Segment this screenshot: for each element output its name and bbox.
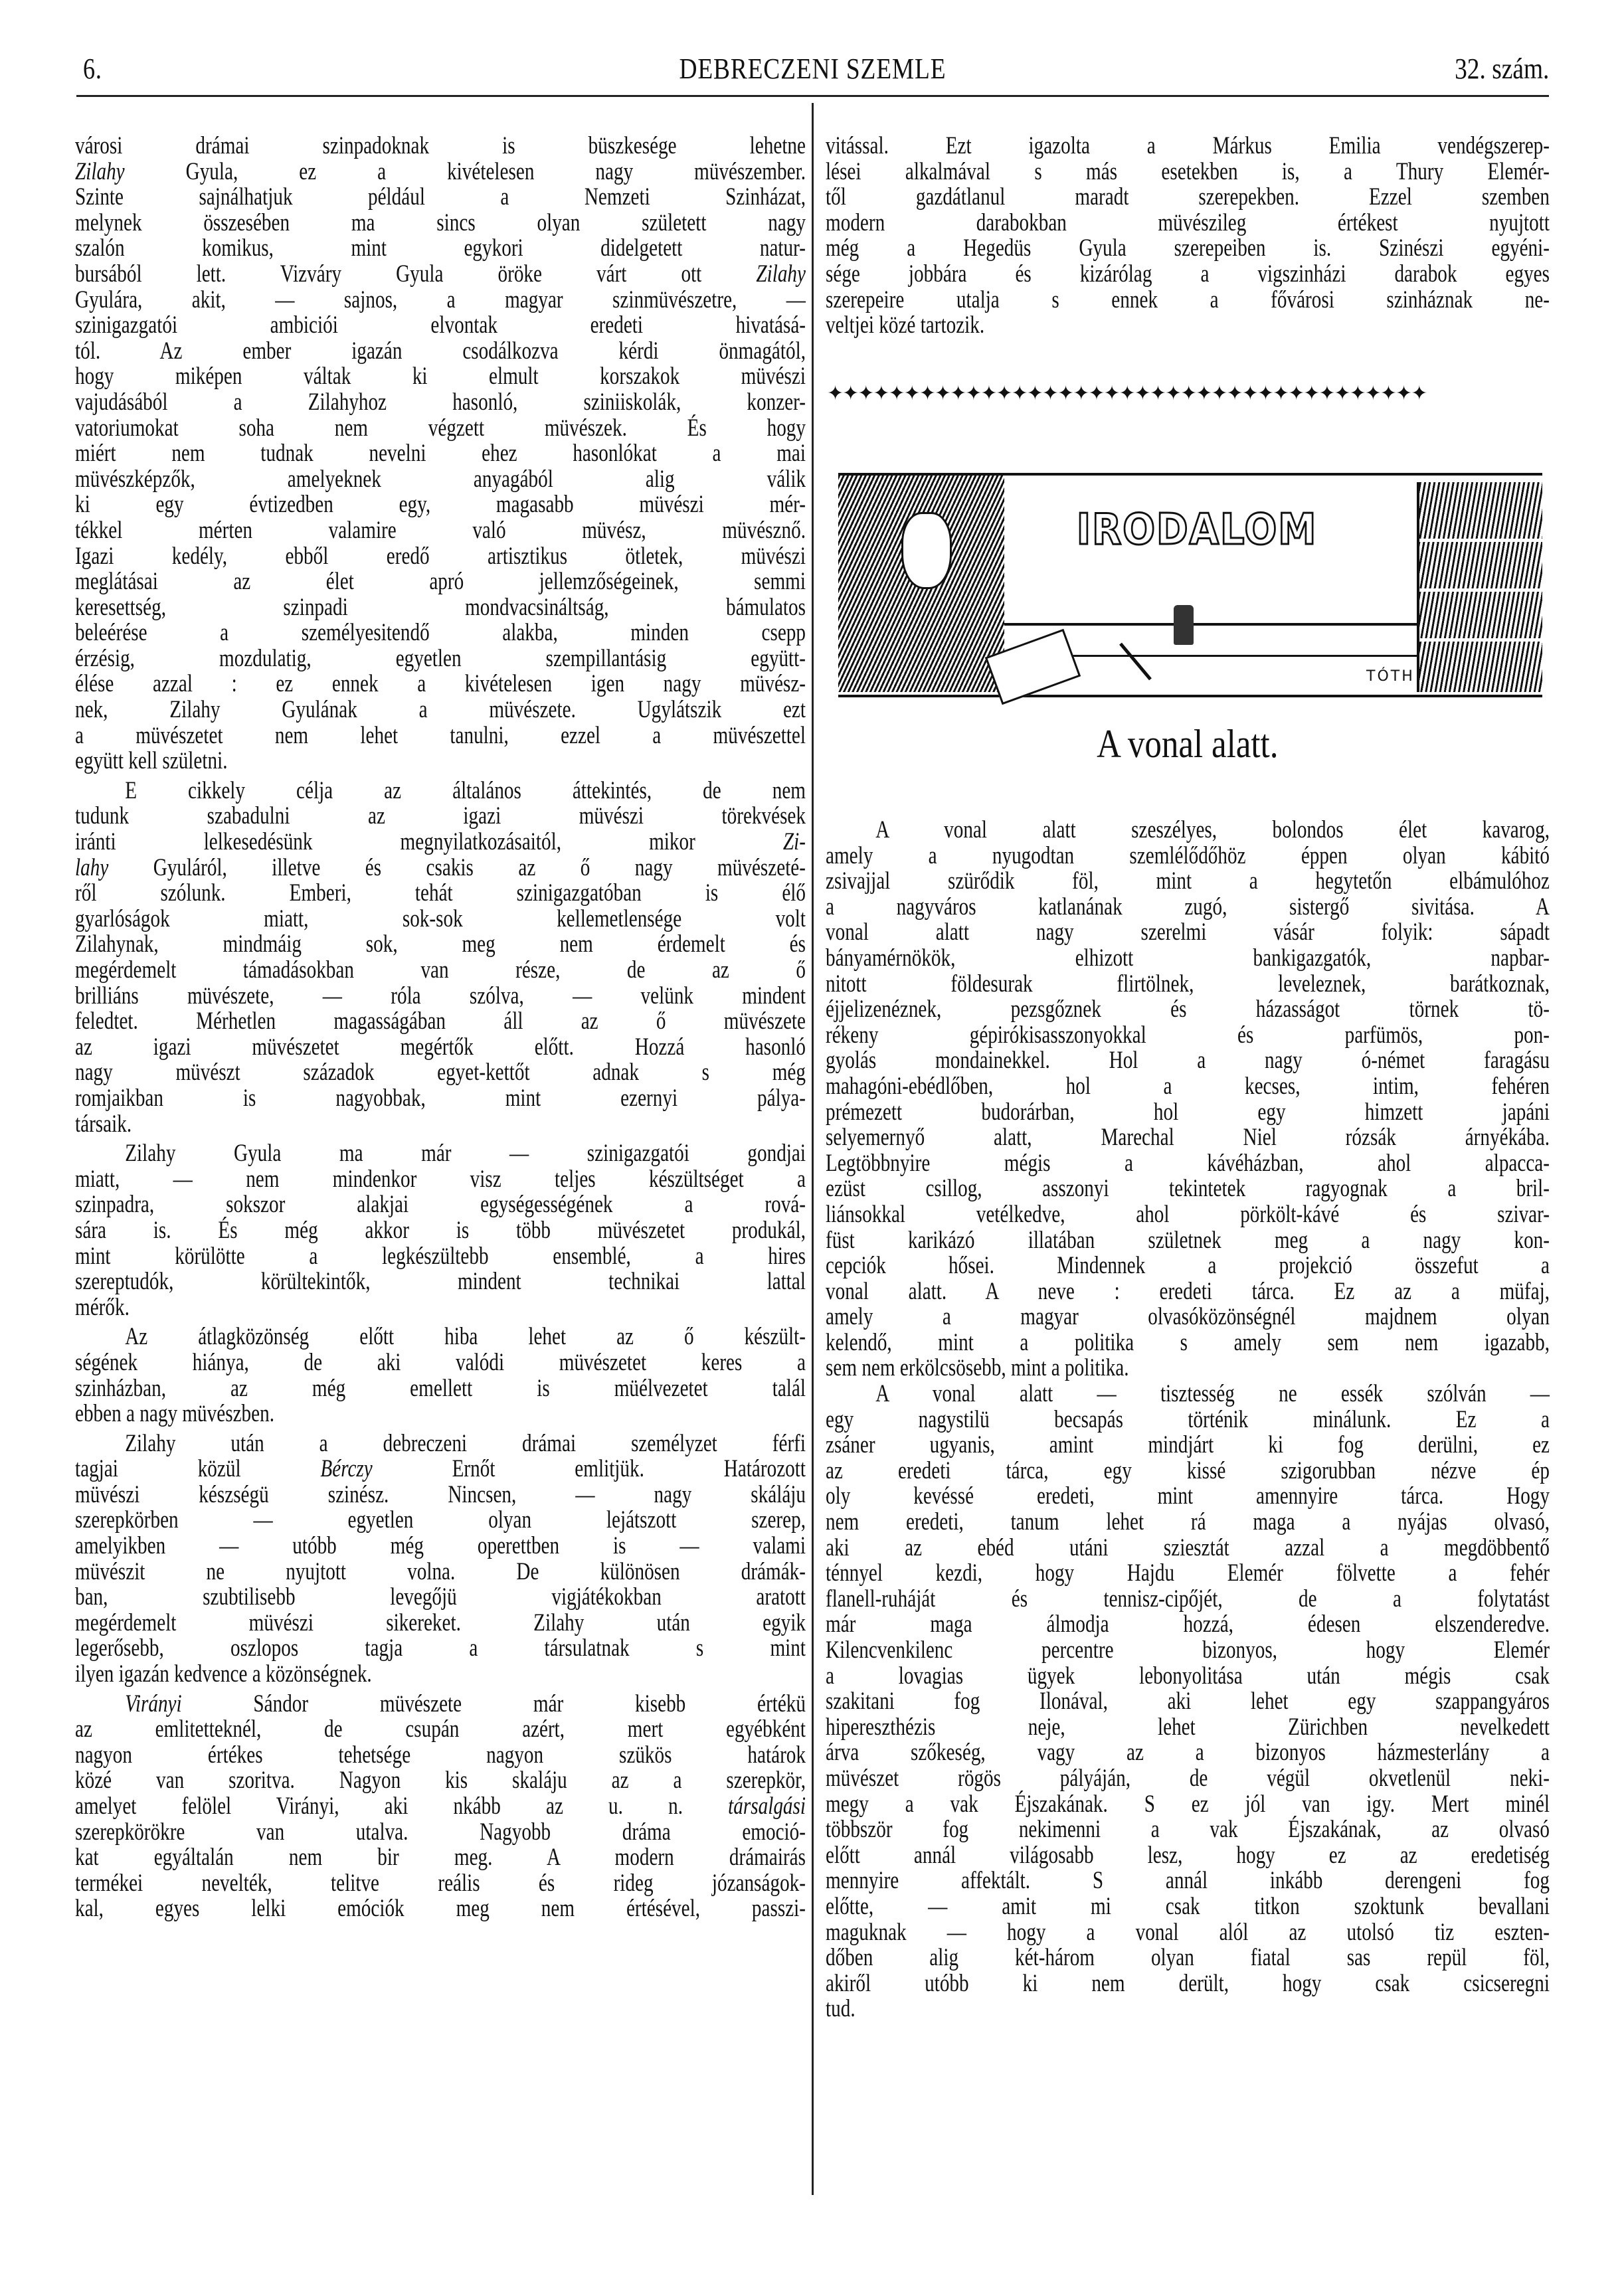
text-line: élése azzal : ez ennek a kivételesen ige… (75, 671, 806, 697)
text-line: Igazi kedély, ebből eredő artisztikus öt… (75, 543, 806, 569)
text-line: müvészképzők, amelyeknek anyagából alig … (75, 466, 806, 492)
text-line: ki egy évtizedben egy, magasabb müvészi … (75, 491, 806, 517)
article-title-text: A vonal alatt. (1097, 721, 1278, 767)
text-line: liánsokkal vetélkedve, ahol pörkölt-kávé… (826, 1201, 1550, 1227)
text-line: müvészi készségü szinész. Nincsen, — nag… (75, 1482, 806, 1508)
text-line: lahy Gyuláról, illetve és csakis az ő na… (75, 855, 806, 881)
text-line: szerepkörben — egyetlen olyan lejátszott… (75, 1507, 806, 1533)
shelf (1419, 588, 1542, 592)
text-line: nitott földesurak flirtölnek, leveleznek… (826, 971, 1550, 997)
text-line: már maga álmodja hozzá, édesen elszender… (826, 1611, 1550, 1637)
text-line: megy a vak Éjszakának. S ez jól van igy.… (826, 1791, 1550, 1817)
text-line: Zilahy Gyula ma már — szinigazgatói gond… (75, 1140, 806, 1166)
text-line: szalón komikus, mint egykori didelgetett… (75, 235, 806, 261)
text-line: beleérése a személyesitendő alakba, mind… (75, 620, 806, 646)
text-line: társaik. (75, 1111, 806, 1137)
desk-edge (1004, 623, 1436, 626)
text-line: mennyire affektált. S annál inkább deren… (826, 1868, 1550, 1893)
text-line: müvészit ne nyujtott volna. De különösen… (75, 1559, 806, 1585)
text-line: nem eredeti, tanum lehet rá maga a nyája… (826, 1509, 1550, 1535)
text-line: müvészet rögös pályáján, de végül okvetl… (826, 1765, 1550, 1791)
text-line: tagjai közül Bérczy Ernőt emlitjük. Hatá… (75, 1456, 806, 1482)
writer-face (901, 512, 952, 589)
text-line: Zilahynak, mindmáig sok, meg nem érdemel… (75, 931, 806, 957)
left-column: városi drámai szinpadoknak is büszkesége… (75, 133, 806, 1921)
text-line: az igazi müvészetet megértők előtt. Hozz… (75, 1034, 806, 1060)
text-line: Gyulára, akit, — sajnos, a magyar szinmü… (75, 287, 806, 313)
text-line: flanell-ruháját és tennisz-cipőjét, de a… (826, 1586, 1550, 1612)
text-line: vonal alatt nagy szerelmi vásár folyik: … (826, 919, 1550, 945)
text-line: előtte, — amit mi csak titkon szoktunk b… (826, 1893, 1550, 1919)
text-line: ilyen igazán kedvence a közönségnek. (75, 1661, 806, 1687)
text-line: sége jobbára és kizárólag a vigszinházi … (826, 261, 1550, 287)
text-line: keresettség, szinpadi mondvacsináltság, … (75, 594, 806, 620)
text-line: Legtöbbnyire mégis a kávéházban, ahol al… (826, 1150, 1550, 1176)
text-line: amely a magyar olvasóközönségnél majdnem… (826, 1304, 1550, 1330)
text-line: szerepkörökre van utalva. Nagyobb dráma … (75, 1819, 806, 1845)
text-line: prémezett budorárban, hol egy himzett ja… (826, 1099, 1550, 1125)
shelf (1419, 539, 1542, 542)
inkwell-icon (1174, 605, 1194, 645)
text-line: sem nem erkölcsösebb, mint a politika. (826, 1355, 1550, 1381)
text-line: az eredeti tárca, egy kissé szigorubban … (826, 1458, 1550, 1484)
text-line: Virányi Sándor müvészete már kisebb érté… (75, 1691, 806, 1717)
text-line: iránti lelkesedésünk megnyilatkozásaitól… (75, 829, 806, 855)
text-line: meglátásai az élet apró jellemzőségeinek… (75, 569, 806, 594)
text-line: többször fog nekimenni a vak Éjszakának,… (826, 1816, 1550, 1842)
text-line: veltjei közé tartozik. (826, 312, 1550, 338)
running-header: 6. DEBRECZENI SZEMLE 32. szám. (76, 52, 1549, 92)
text-line: Az átlagközönség előtt hiba lehet az ő k… (75, 1324, 806, 1350)
text-line: vatoriumokat soha nem végzett müvészek. … (75, 415, 806, 441)
text-line: selyemernyő alatt, Marechal Niel rózsák … (826, 1124, 1550, 1150)
text-line: az emlitetteknél, de csupán azért, mert … (75, 1716, 806, 1742)
text-line: zsáner ugyanis, amint mindjárt ki fog de… (826, 1432, 1550, 1458)
irodalom-illustration: IRODALOM TÓTH (838, 473, 1542, 697)
section-banner-irodalom: IRODALOM (1071, 505, 1322, 555)
text-line: kelendő, mint a politika s amely sem nem… (826, 1330, 1550, 1356)
text-line: tud. (826, 1996, 1550, 2022)
header-rule (76, 95, 1549, 97)
column-divider (812, 103, 814, 2195)
text-line: amelyikben — utóbb még operettben is — v… (75, 1533, 806, 1559)
shelf (1419, 638, 1542, 642)
text-line: megérdemelt müvészi sikereket. Zilahy ut… (75, 1610, 806, 1636)
text-line: melynek összesében ma sincs olyan szület… (75, 210, 806, 236)
text-line: maguknak — hogy a vonal alól az utolsó t… (826, 1919, 1550, 1945)
text-line: brilliáns müvészete, — róla szólva, — ve… (75, 983, 806, 1009)
text-line: E cikkely célja az általános áttekintés,… (75, 778, 806, 804)
text-line: szereptudók, körültekintők, mindent tech… (75, 1269, 806, 1294)
text-line: előtt annál világosabb lesz, hogy ez az … (826, 1842, 1550, 1868)
text-line: tudunk szabadulni az igazi müvészi törek… (75, 803, 806, 829)
text-line: dőben alig két-három olyan fiatal sas re… (826, 1945, 1550, 1971)
artist-signature: TÓTH (1366, 668, 1415, 685)
text-line: ről szólunk. Emberi, tehát szinigazgatób… (75, 880, 806, 906)
text-line: A vonal alatt szeszélyes, bolondos élet … (826, 817, 1550, 843)
text-line: közé van szoritva. Nagyon kis skaláju az… (75, 1767, 806, 1793)
text-line: miért nem tudnak nevelni ehez hasonlókat… (75, 440, 806, 466)
text-line: feledtet. Mérhetlen magasságában áll az … (75, 1008, 806, 1034)
text-line: szinigazgatói ambiciói elvontak eredeti … (75, 312, 806, 338)
text-line: vajudásából a Zilahyhoz hasonló, sziniis… (75, 389, 806, 415)
text-line: aki az ebéd utáni sziesztát azzal a megd… (826, 1535, 1550, 1561)
text-line: Kilencvenkilenc percentre bizonyos, hogy… (826, 1637, 1550, 1663)
pen-icon (1119, 643, 1152, 681)
text-line: éjjelizenéznek, pezsgőznek és házasságot… (826, 996, 1550, 1022)
text-line: szinházban, az még emellett is müélvezet… (75, 1375, 806, 1401)
text-line: szinpadra, sokszor alakjai egységességén… (75, 1191, 806, 1217)
text-line: mérők. (75, 1294, 806, 1320)
text-line: vitással. Ezt igazolta a Márkus Emilia v… (826, 133, 1550, 159)
text-line: együtt kell születni. (75, 748, 806, 774)
issue-number: 32. szám. (1455, 52, 1549, 86)
publication-title: DEBRECZENI SZEMLE (76, 52, 1549, 86)
text-line: füst karikázó illatában születnek meg a … (826, 1227, 1550, 1253)
right-column-article: A vonal alatt szeszélyes, bolondos élet … (826, 817, 1550, 2022)
text-line: amelyet felölel Virányi, aki nkább az u.… (75, 1793, 806, 1819)
text-line: szakitani fog Ilonával, aki lehet egy sz… (826, 1688, 1550, 1714)
text-line: nek, Zilahy Gyulának a müvészete. Ugylát… (75, 697, 806, 723)
text-line: Zilahy Gyula, ez a kivételesen nagy müvé… (75, 159, 806, 185)
text-line: tékkel mérten valamire való müvész, müvé… (75, 517, 806, 543)
text-line: árva szőkeség, vagy az a bizonyos házmes… (826, 1739, 1550, 1765)
publication-title-text: DEBRECZENI SZEMLE (679, 52, 947, 86)
text-line: kat egyáltalán nem bir meg. A modern drá… (75, 1844, 806, 1870)
text-line: modern darabokban müvészileg értékest ny… (826, 210, 1550, 236)
text-line: lései alkalmával s más esetekben is, a T… (826, 159, 1550, 185)
text-line: a lovagias ügyek lebonyolitása után mégi… (826, 1663, 1550, 1689)
text-line: akiről utóbb ki nem derült, hogy csak cs… (826, 1971, 1550, 1996)
text-line: a nagyváros katlanának zugó, sistergő si… (826, 894, 1550, 920)
text-line: szerepeire utalja s ennek a fővárosi szi… (826, 287, 1550, 313)
text-line: Szinte sajnálhatjuk például a Nemzeti Sz… (75, 184, 806, 210)
text-line: legerősebb, oszlopos tagja a társulatnak… (75, 1635, 806, 1661)
text-line: zsivajjal szürődik föl, mint a hegytetőn… (826, 868, 1550, 894)
text-line: ban, szubtilisebb levegőjü vigjátékokban… (75, 1584, 806, 1610)
text-line: hipereszthézis neje, lehet Zürichben nev… (826, 1714, 1550, 1740)
text-line: termékei nevelték, telitve reális és rid… (75, 1870, 806, 1896)
writer-figure-icon (838, 476, 1004, 692)
text-line: ezüst csillog, asszonyi tekintetek ragyo… (826, 1176, 1550, 1201)
text-line: romjaikban is nagyobbak, mint ezernyi pá… (75, 1085, 806, 1111)
text-line: nagyon értékes tehetsége nagyon szükös h… (75, 1742, 806, 1768)
text-line: miatt, — nem mindenkor visz teljes készü… (75, 1166, 806, 1192)
text-line: Zilahy után a debreczeni drámai személyz… (75, 1431, 806, 1456)
right-column-intro: vitással. Ezt igazolta a Márkus Emilia v… (826, 133, 1550, 338)
text-line: sára is. És még akkor is több müvészetet… (75, 1217, 806, 1243)
text-line: vonal alatt. A neve : eredeti tárca. Ez … (826, 1278, 1550, 1304)
text-line: nagy müvészt századok egyet-kettőt adnak… (75, 1059, 806, 1085)
text-line: ségének hiánya, de aki valódi müvészetet… (75, 1350, 806, 1375)
text-line: bursából lett. Vizváry Gyula öröke várt … (75, 261, 806, 287)
text-line: érzésig, mozdulatig, egyetlen szempillan… (75, 646, 806, 671)
ornamental-divider: ✦✦✦✦✦✦✦✦✦✦✦✦✦✦✦✦✦✦✦✦✦✦✦✦✦✦✦✦✦✦✦✦✦✦✦✦✦✦✦ (827, 384, 1551, 404)
text-line: egy nagystilü becsapás történik minálunk… (826, 1407, 1550, 1433)
text-line: A vonal alatt — tisztesség ne essék szól… (826, 1381, 1550, 1407)
bookcase-icon (1417, 482, 1542, 692)
text-line: amely a nyugodtan szemlélődőhöz éppen ol… (826, 843, 1550, 869)
text-line: cepciók hősei. Mindennek a projekció öss… (826, 1253, 1550, 1278)
text-line: ténnyel kezdi, hogy Hajdu Elemér fölvett… (826, 1560, 1550, 1586)
text-line: tól. Az ember igazán csodálkozva kérdi ö… (75, 338, 806, 364)
text-line: bányamérnökök, elhizott bankigazgatók, n… (826, 945, 1550, 971)
text-line: megérdemelt támadásokban van része, de a… (75, 957, 806, 983)
text-line: a müvészetet nem lehet tanulni, ezzel a … (75, 723, 806, 748)
article-title: A vonal alatt. (826, 721, 1550, 767)
text-line: hogy miképen váltak ki elmult korszakok … (75, 363, 806, 389)
text-line: ebben a nagy müvészben. (75, 1401, 806, 1427)
text-line: gyarlóságok miatt, sok-sok kellemetlensé… (75, 906, 806, 932)
text-line: mahagóni-ebédlőben, hol a kecses, intim,… (826, 1073, 1550, 1099)
text-line: kal, egyes lelki emóciók meg nem értésév… (75, 1895, 806, 1921)
text-line: még a Hegedüs Gyula szerepeiben is. Szin… (826, 235, 1550, 261)
text-line: rékeny gépirókisasszonyokkal és parfümös… (826, 1022, 1550, 1048)
text-line: gyolás mondainekkel. Hol a nagy ó-német … (826, 1047, 1550, 1073)
text-line: mint körülötte a legkészültebb ensemblé,… (75, 1243, 806, 1269)
text-line: városi drámai szinpadoknak is büszkesége… (75, 133, 806, 159)
text-line: oly kevéssé eredeti, mint amennyire tárc… (826, 1483, 1550, 1509)
text-line: től gazdátlanul maradt szerepekben. Ezze… (826, 184, 1550, 210)
